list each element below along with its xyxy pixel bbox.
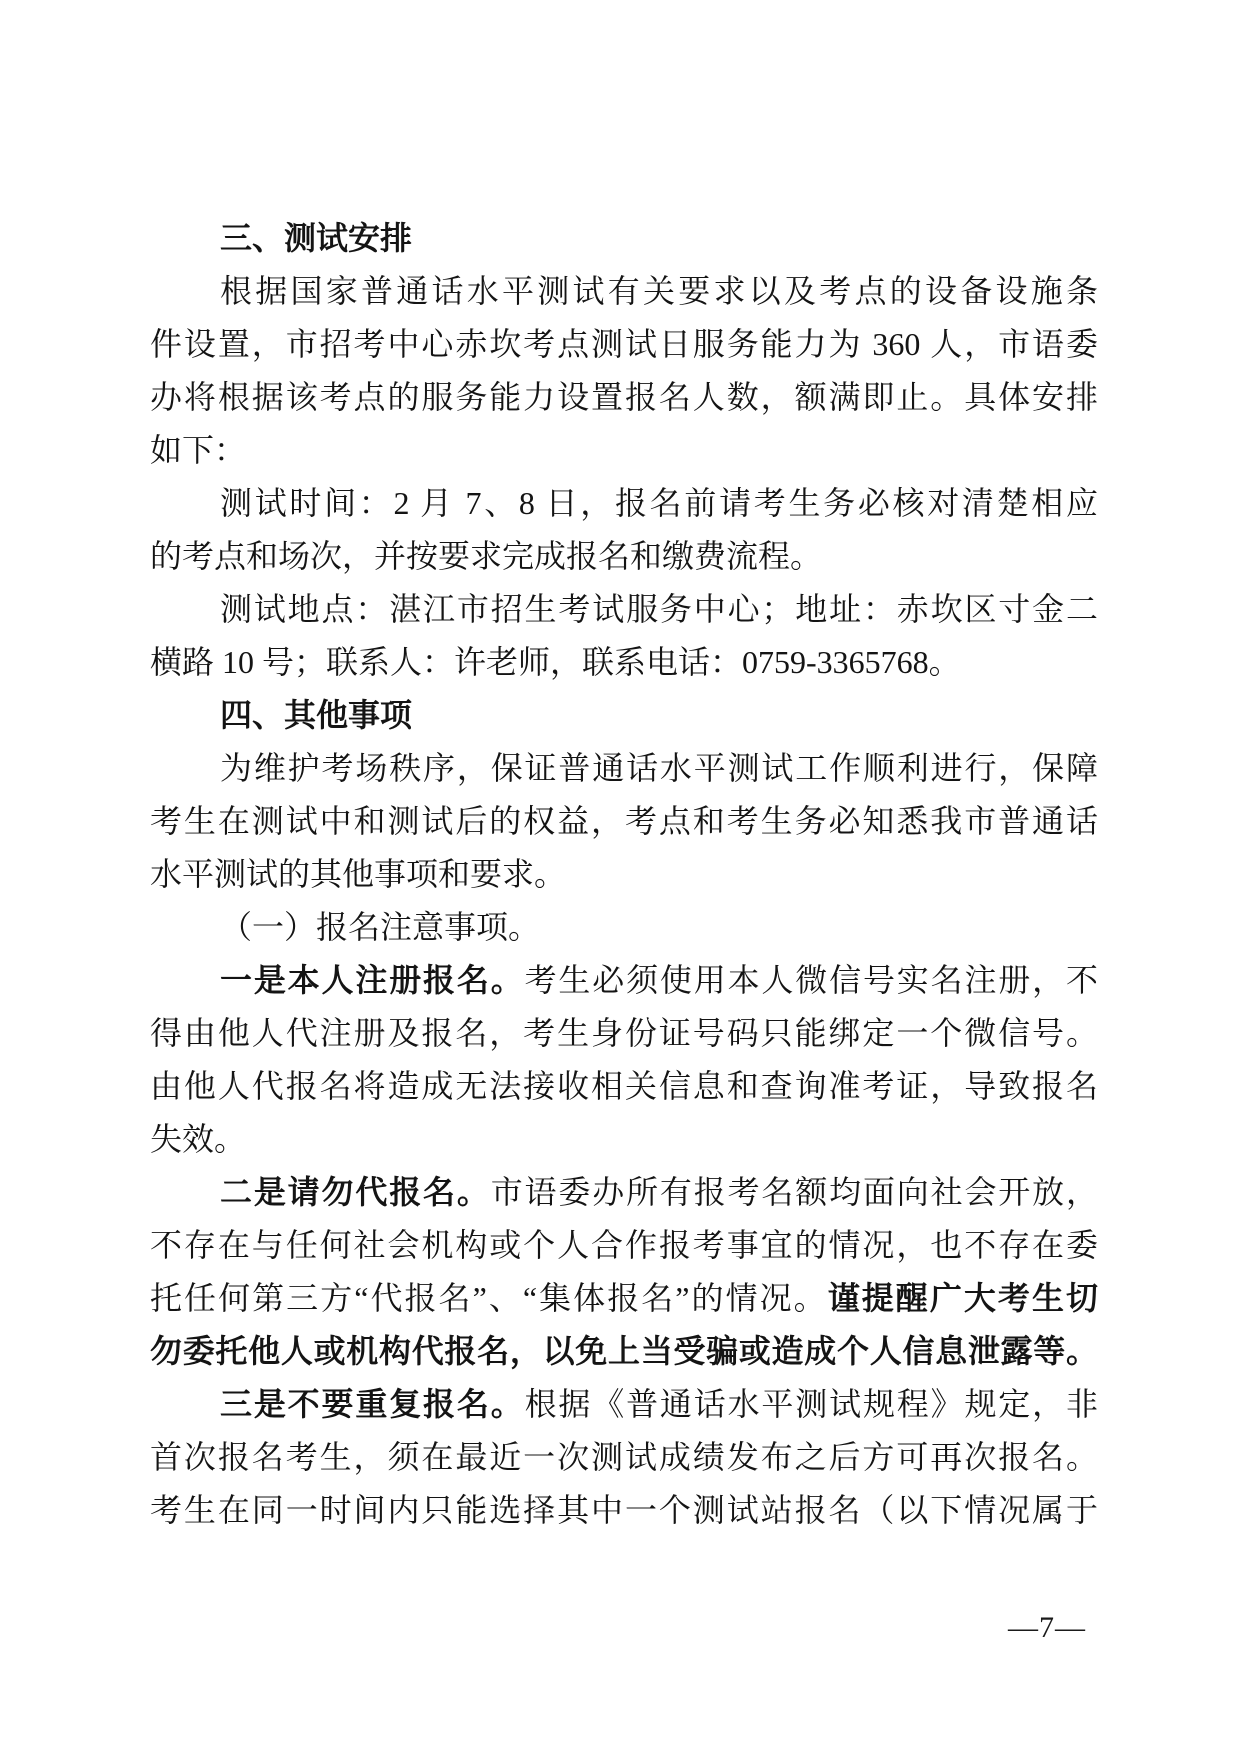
document-page: 三、测试安排根据国家普通话水平测试有关要求以及考点的设备设施条件设置，市招考中心… (0, 0, 1240, 1754)
body-text: 考生在测试中和测试后的权益，考点和考生务必知悉我市普通话 (150, 803, 1098, 839)
page-number: —7— (1008, 1610, 1086, 1646)
text-line: 得由他人代注册及报名，考生身份证号码只能绑定一个微信号。 (150, 1007, 1098, 1060)
text-line: 四、其他事项 (150, 689, 1098, 742)
text-line: 三是不要重复报名。根据《普通话水平测试规程》规定，非 (150, 1378, 1098, 1431)
text-line: 为维护考场秩序，保证普通话水平测试工作顺利进行，保障 (150, 742, 1098, 795)
emphasis-text: 四、其他事项 (220, 697, 412, 733)
body-text: 由他人代报名将造成无法接收相关信息和查询准考证，导致报名 (150, 1068, 1098, 1104)
emphasis-text: 谨提醒广大考生切 (828, 1280, 1098, 1316)
body-text: 为维护考场秩序，保证普通话水平测试工作顺利进行，保障 (220, 750, 1098, 786)
text-line: 不存在与任何社会机构或个人合作报考事宜的情况，也不存在委 (150, 1219, 1098, 1272)
text-line: 考生在测试中和测试后的权益，考点和考生务必知悉我市普通话 (150, 795, 1098, 848)
document-body: 三、测试安排根据国家普通话水平测试有关要求以及考点的设备设施条件设置，市招考中心… (150, 212, 1098, 1537)
text-line: 勿委托他人或机构代报名，以免上当受骗或造成个人信息泄露等。 (150, 1325, 1098, 1378)
body-text: 如下： (150, 432, 246, 468)
text-line: 的考点和场次，并按要求完成报名和缴费流程。 (150, 530, 1098, 583)
text-line: 水平测试的其他事项和要求。 (150, 848, 1098, 901)
body-text: 考生必须使用本人微信号实名注册，不 (525, 962, 1098, 998)
emphasis-text: 勿委托他人或机构代报名，以免上当受骗或造成个人信息泄露等。 (150, 1333, 1098, 1369)
emphasis-text: 三、测试安排 (220, 220, 412, 256)
text-line: 根据国家普通话水平测试有关要求以及考点的设备设施条 (150, 265, 1098, 318)
body-text: 根据《普通话水平测试规程》规定，非 (525, 1386, 1098, 1422)
text-line: （一）报名注意事项。 (150, 901, 1098, 954)
body-text: 横路 10 号；联系人：许老师，联系电话：0759-3365768。 (150, 644, 961, 680)
text-line: 首次报名考生，须在最近一次测试成绩发布之后方可再次报名。 (150, 1431, 1098, 1484)
text-line: 件设置，市招考中心赤坎考点测试日服务能力为 360 人，市语委 (150, 318, 1098, 371)
body-text: 件设置，市招考中心赤坎考点测试日服务能力为 360 人，市语委 (150, 326, 1098, 362)
text-line: 考生在同一时间内只能选择其中一个测试站报名（以下情况属于 (150, 1484, 1098, 1537)
emphasis-text: 一是本人注册报名。 (220, 962, 525, 998)
body-text: 测试时间：2 月 7、8 日，报名前请考生务必核对清楚相应 (220, 485, 1098, 521)
body-text: 的考点和场次，并按要求完成报名和缴费流程。 (150, 538, 822, 574)
text-line: 测试时间：2 月 7、8 日，报名前请考生务必核对清楚相应 (150, 477, 1098, 530)
body-text: 不存在与任何社会机构或个人合作报考事宜的情况，也不存在委 (150, 1227, 1098, 1263)
body-text: 失效。 (150, 1121, 246, 1157)
text-line: 托任何第三方“代报名”、“集体报名”的情况。谨提醒广大考生切 (150, 1272, 1098, 1325)
text-line: 由他人代报名将造成无法接收相关信息和查询准考证，导致报名 (150, 1060, 1098, 1113)
text-line: 测试地点：湛江市招生考试服务中心；地址：赤坎区寸金二 (150, 583, 1098, 636)
emphasis-text: 三是不要重复报名。 (220, 1386, 525, 1422)
body-text: 托任何第三方“代报名”、“集体报名”的情况。 (150, 1280, 828, 1316)
text-line: 失效。 (150, 1113, 1098, 1166)
text-line: 三、测试安排 (150, 212, 1098, 265)
body-text: 办将根据该考点的服务能力设置报名人数，额满即止。具体安排 (150, 379, 1098, 415)
body-text: 得由他人代注册及报名，考生身份证号码只能绑定一个微信号。 (150, 1015, 1098, 1051)
body-text: 根据国家普通话水平测试有关要求以及考点的设备设施条 (220, 273, 1098, 309)
body-text: （一）报名注意事项。 (220, 909, 540, 945)
emphasis-text: 二是请勿代报名。 (220, 1174, 491, 1210)
text-line: 如下： (150, 424, 1098, 477)
text-line: 一是本人注册报名。考生必须使用本人微信号实名注册，不 (150, 954, 1098, 1007)
body-text: 考生在同一时间内只能选择其中一个测试站报名（以下情况属于 (150, 1492, 1098, 1528)
text-line: 办将根据该考点的服务能力设置报名人数，额满即止。具体安排 (150, 371, 1098, 424)
text-line: 二是请勿代报名。市语委办所有报考名额均面向社会开放， (150, 1166, 1098, 1219)
text-line: 横路 10 号；联系人：许老师，联系电话：0759-3365768。 (150, 636, 1098, 689)
body-text: 市语委办所有报考名额均面向社会开放， (491, 1174, 1098, 1210)
body-text: 测试地点：湛江市招生考试服务中心；地址：赤坎区寸金二 (220, 591, 1098, 627)
body-text: 首次报名考生，须在最近一次测试成绩发布之后方可再次报名。 (150, 1439, 1098, 1475)
body-text: 水平测试的其他事项和要求。 (150, 856, 566, 892)
